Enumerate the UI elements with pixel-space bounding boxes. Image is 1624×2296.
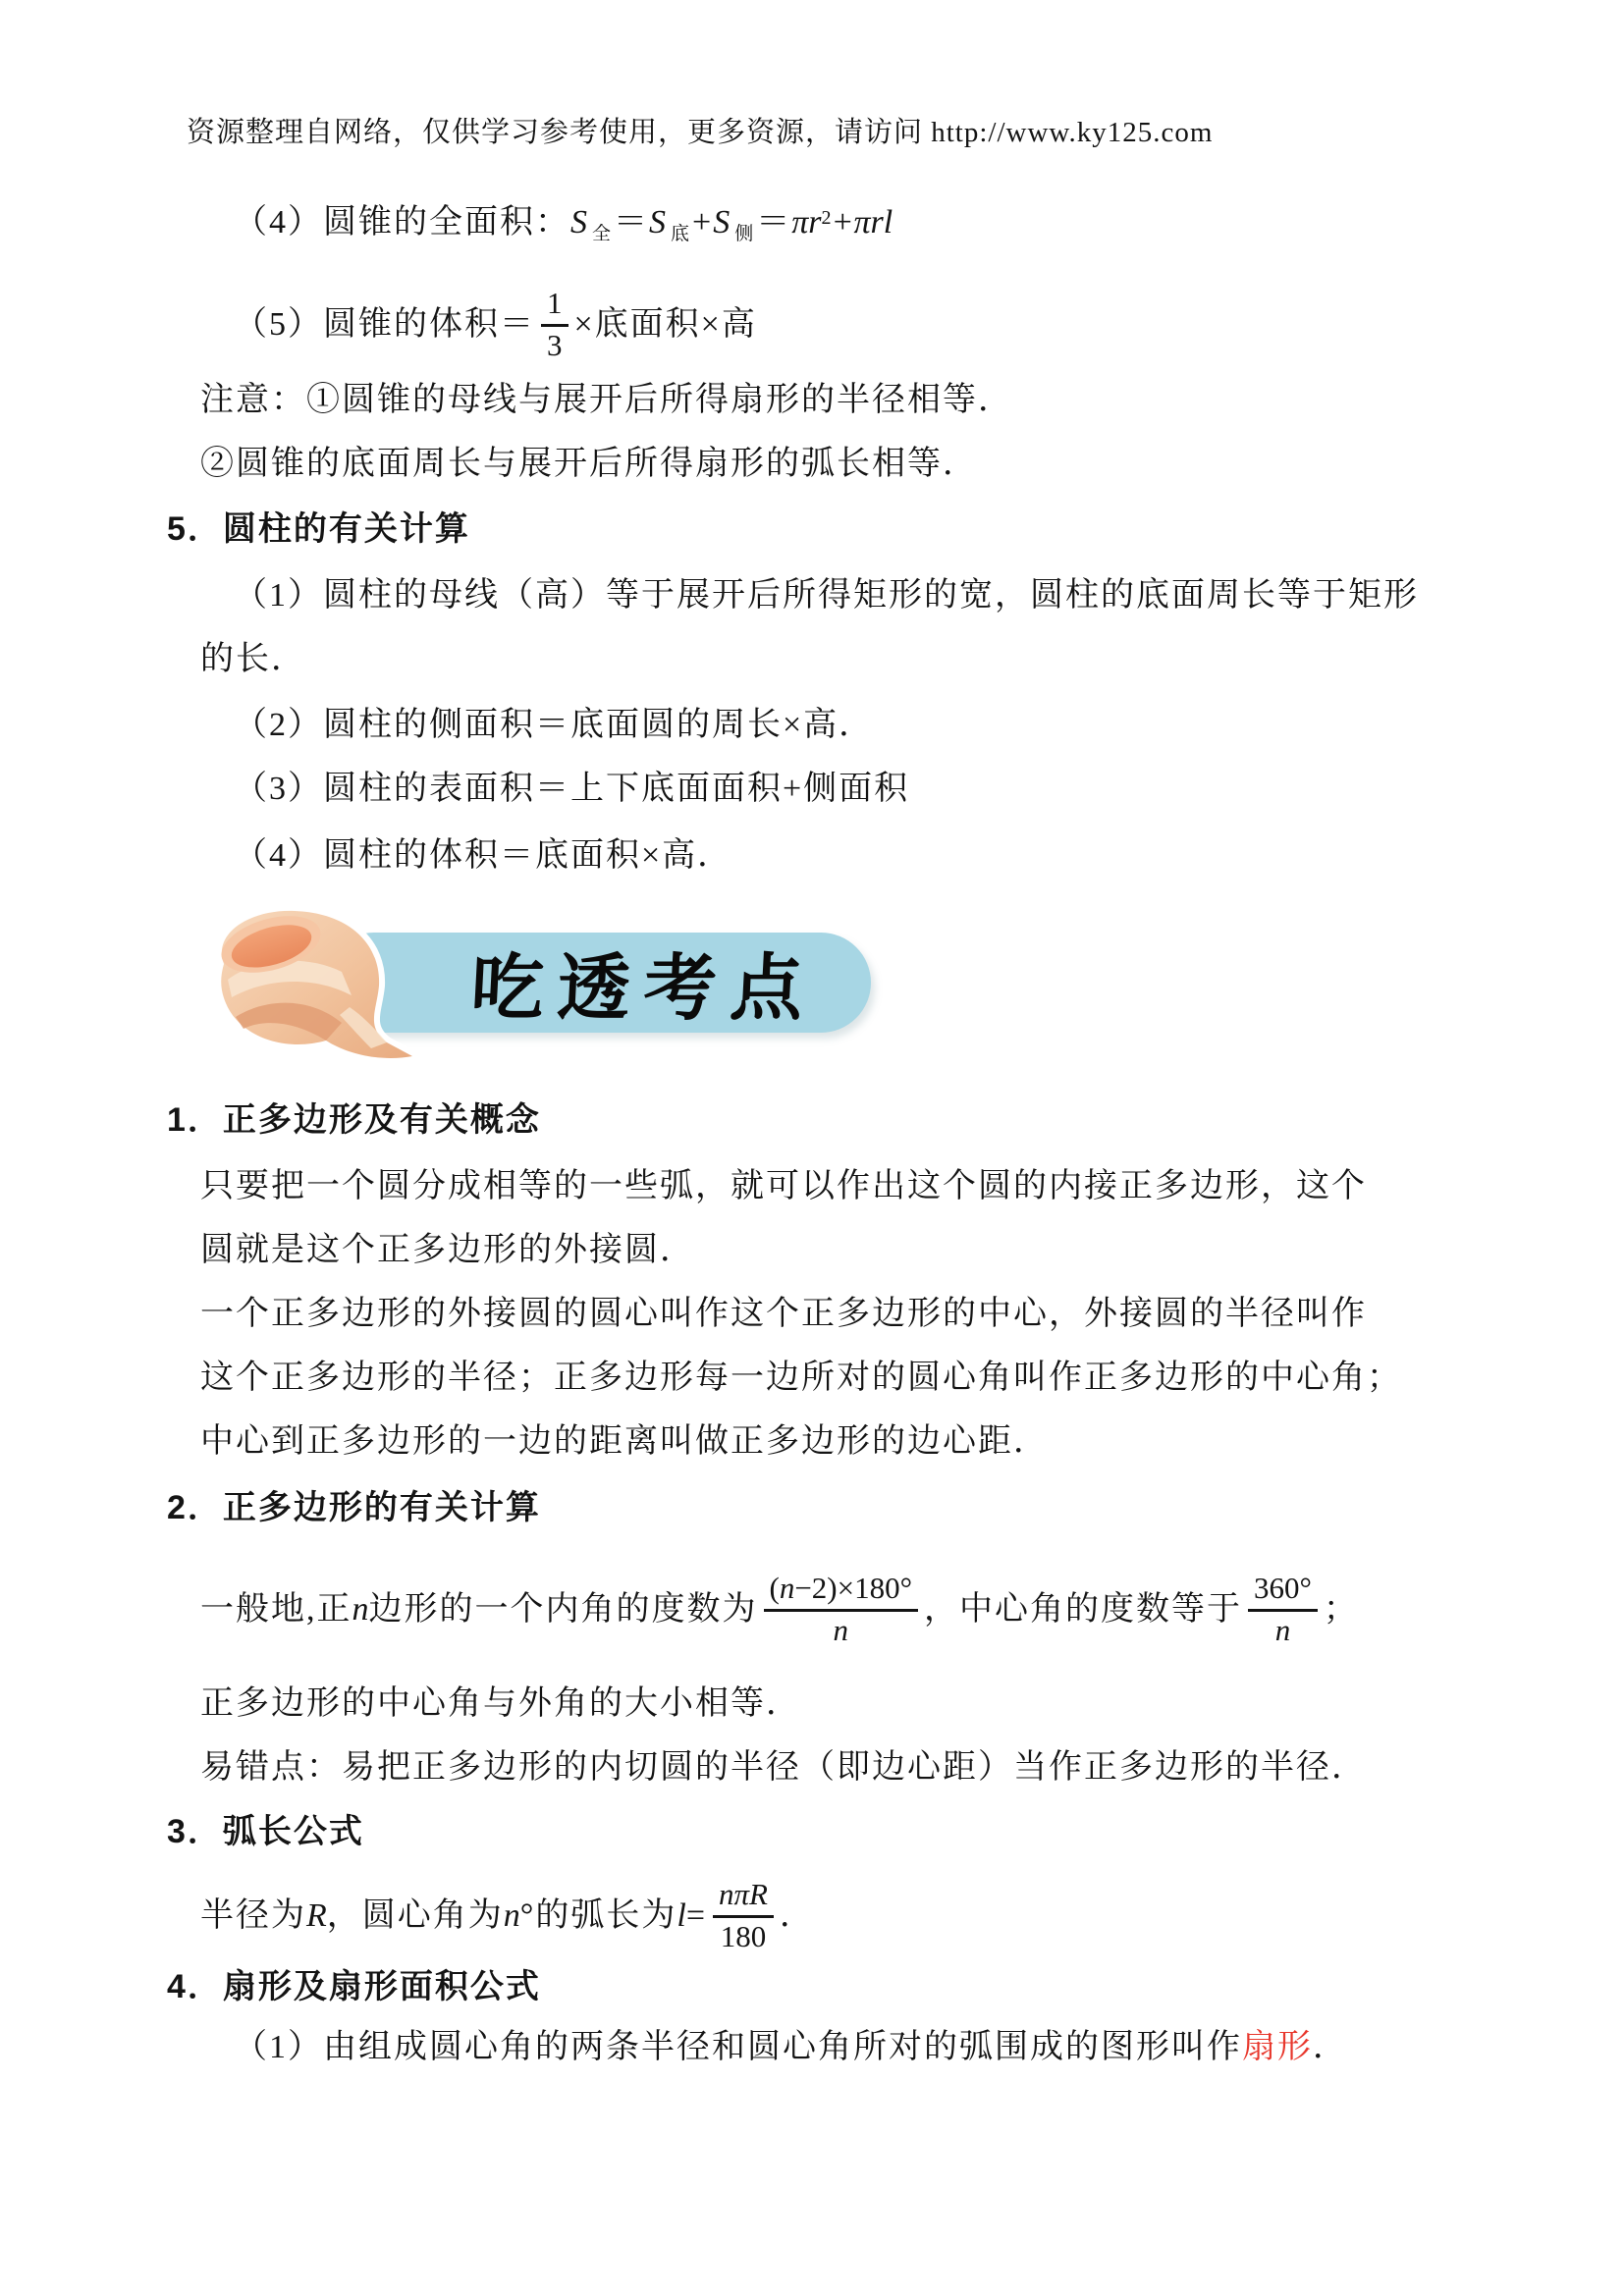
polygon-p1-line2: 圆就是这个正多边形的外接圆． <box>200 1234 1624 1267</box>
sector-term-highlight: 扇形 <box>1242 2029 1313 2065</box>
math-R: R <box>306 1899 327 1933</box>
polygon-calc-formula-line: 一般地,正 n 边形的一个内角的度数为(n−2)×180°n，中心角的度数等于3… <box>200 1553 1624 1666</box>
arc-pre2: ，圆心角为 <box>327 1899 504 1933</box>
fraction-numerator: 360° <box>1248 1572 1318 1612</box>
section-heading-cylinder: 5．圆柱的有关计算 <box>167 512 1624 546</box>
arc-end: ． <box>780 1899 815 1933</box>
math-equals: = <box>686 1899 707 1933</box>
document-page: 资源整理自网络，仅供学习参考使用，更多资源，请访问 http://www.ky1… <box>0 0 1624 2296</box>
math-equals: ＝ <box>756 204 791 240</box>
conch-shell-icon <box>196 905 442 1062</box>
math-sub-base: 底 <box>671 224 689 244</box>
cylinder-item2: （2）圆柱的侧面积＝底面圆的周长×高． <box>234 709 1624 742</box>
formula-mid2: ，中心角的度数等于 <box>924 1593 1242 1627</box>
math-pi-rl: +πrl <box>832 204 893 240</box>
section-heading-polygon-calc: 2．正多边形的有关计算 <box>167 1491 1624 1524</box>
formula-pre: 一般地,正 <box>200 1593 352 1627</box>
math-equals: ＝ <box>614 204 649 240</box>
math-sub-total: 全 <box>592 224 611 244</box>
cylinder-item1-line1: （1）圆柱的母线（高）等于展开后所得矩形的宽，圆柱的底面周长等于矩形 <box>234 579 1624 613</box>
math-sub-side: 侧 <box>734 224 753 244</box>
fraction-numerator: 1 <box>541 287 568 327</box>
badge-label: 吃透考点 <box>468 931 820 1035</box>
fraction-denominator: 3 <box>541 327 568 363</box>
sector-item1-line: （1）由组成圆心角的两条半径和圆心角所对的弧围成的图形叫作扇形． <box>234 2031 1624 2064</box>
math-S: S <box>649 204 666 240</box>
polygon-p2-line2: 这个正多边形的半径；正多边形每一边所对的圆心角叫作正多边形的中心角； <box>200 1362 1624 1395</box>
fraction-denominator: 180 <box>713 1918 774 1954</box>
math-S: S <box>713 204 730 240</box>
section-heading-polygon-concepts: 1．正多边形及有关概念 <box>167 1103 1624 1137</box>
arc-pre3: °的弧长为 <box>520 1899 677 1933</box>
sector-item1-pre: （1）由组成圆心角的两条半径和圆心角所对的弧围成的图形叫作 <box>234 2029 1242 2065</box>
fraction-interior-angle: (n−2)×180°n <box>764 1572 919 1647</box>
paren-open: ( <box>770 1571 780 1605</box>
polygon-p2-line1: 一个正多边形的外接圆的圆心叫作这个正多边形的中心，外接圆的半径叫作 <box>200 1298 1624 1331</box>
math-l: l <box>677 1899 685 1933</box>
fraction-one-third: 13 <box>541 287 568 362</box>
section-badge: 吃透考点 <box>196 905 805 1062</box>
formula-mid: 边形的一个内角的度数为 <box>369 1593 758 1627</box>
math-exponent: 2 <box>822 207 832 229</box>
fraction-numerator: (n−2)×180° <box>764 1572 919 1612</box>
cylinder-item4: （4）圆柱的体积＝底面积×高． <box>234 839 1624 873</box>
cylinder-item3: （3）圆柱的表面积＝上下底面面积+侧面积 <box>234 773 1624 806</box>
math-n: n <box>352 1593 369 1627</box>
fraction-numerator: nπR <box>713 1878 774 1918</box>
polygon-calc-mistake-note: 易错点：易把正多边形的内切圆的半径（即边心距）当作正多边形的半径． <box>200 1751 1624 1785</box>
cone-total-area-label: （4）圆锥的全面积： <box>234 204 570 240</box>
cone-total-area-line: （4）圆锥的全面积：S全＝S底+S侧＝πr2+πrl <box>234 201 1624 251</box>
cylinder-item1-line2: 的长． <box>200 643 1624 676</box>
numerator-rest: −2)×180° <box>794 1571 912 1605</box>
fraction-arc-length: nπR180 <box>713 1878 774 1953</box>
sector-item1-end: ． <box>1313 2029 1348 2065</box>
math-n: n <box>504 1899 520 1933</box>
cone-volume-label: （5）圆锥的体积＝ <box>234 308 535 342</box>
cone-volume-tail: ×底面积×高 <box>574 308 757 342</box>
arc-pre1: 半径为 <box>200 1899 306 1933</box>
fraction-denominator: n <box>764 1612 919 1648</box>
section-heading-sector: 4．扇形及扇形面积公式 <box>167 1970 1624 2003</box>
polygon-p1-line1: 只要把一个圆分成相等的一些弧，就可以作出这个圆的内接正多边形，这个 <box>200 1170 1624 1203</box>
fraction-denominator: n <box>1248 1612 1318 1648</box>
cone-note-1: 注意：①圆锥的母线与展开后所得扇形的半径相等． <box>200 384 1624 417</box>
math-n: n <box>780 1571 795 1605</box>
cone-note-2: ②圆锥的底面周长与展开后所得扇形的弧长相等． <box>200 448 1624 481</box>
polygon-p2-line3: 中心到正多边形的一边的距离叫做正多边形的边心距． <box>200 1425 1624 1459</box>
formula-end: ； <box>1324 1593 1359 1627</box>
math-S: S <box>570 204 587 240</box>
cone-volume-line: （5）圆锥的体积＝13×底面积×高 <box>234 276 1624 374</box>
math-pi-r: πr <box>791 204 821 240</box>
polygon-calc-line2: 正多边形的中心角与外角的大小相等． <box>200 1687 1624 1721</box>
math-plus: + <box>692 204 713 240</box>
page-header-note: 资源整理自网络，仅供学习参考使用，更多资源，请访问 http://www.ky1… <box>187 116 1624 149</box>
arc-formula-line: 半径为 R，圆心角为 n°的弧长为 l = nπR180． <box>200 1872 1624 1960</box>
fraction-central-angle: 360°n <box>1248 1572 1318 1647</box>
section-heading-arc: 3．弧长公式 <box>167 1815 1624 1848</box>
